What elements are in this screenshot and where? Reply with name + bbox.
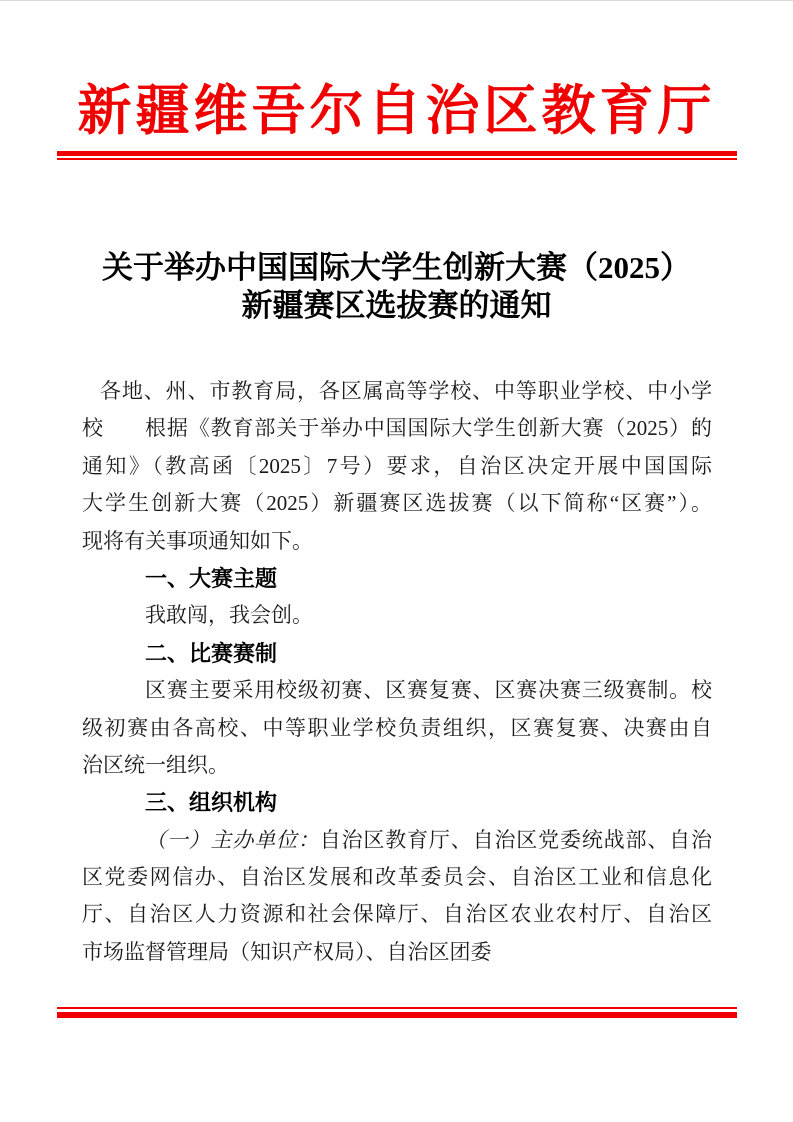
- letterhead-rule-thick: [57, 151, 737, 156]
- document-title-line2: 新疆赛区选拔赛的通知: [0, 287, 793, 325]
- body-line: 根据《教育部关于举办中国国际大学生创新大赛（2025）的: [82, 410, 712, 447]
- body-line: 治区统一组织。: [82, 747, 712, 784]
- body-line: 厅、自治区人力资源和社会保障厅、自治区农业农村厅、自治区: [82, 896, 712, 933]
- footer-rule-thin: [57, 1007, 737, 1009]
- body-line: 区赛主要采用校级初赛、区赛复赛、区赛决赛三级赛制。校: [82, 672, 712, 709]
- organizer-list-start: 自治区教育厅、自治区党委统战部、自治: [320, 828, 712, 852]
- letterhead-agency-title: 新疆维吾尔自治区教育厅: [0, 75, 793, 147]
- body-line: （一）主办单位：自治区教育厅、自治区党委统战部、自治: [82, 822, 712, 859]
- letterhead-rule-thin: [57, 158, 737, 160]
- salutation-line: 各地、州、市教育局，各区属高等学校、中等职业学校、中小学校：: [82, 373, 712, 410]
- body-line: 我敢闯，我会创。: [82, 597, 712, 634]
- document-title-line1: 关于举办中国国际大学生创新大赛（2025）: [0, 249, 793, 287]
- document-title: 关于举办中国国际大学生创新大赛（2025） 新疆赛区选拔赛的通知: [0, 249, 793, 325]
- body-line: 级初赛由各高校、中等职业学校负责组织，区赛复赛、决赛由自: [82, 710, 712, 747]
- body-line: 现将有关事项通知如下。: [82, 523, 712, 560]
- body-line: 区党委网信办、自治区发展和改革委员会、自治区工业和信息化: [82, 859, 712, 896]
- body-line: 通知》（教高函〔2025〕7号）要求，自治区决定开展中国国际: [82, 448, 712, 485]
- section-heading-2: 二、比赛赛制: [82, 635, 712, 672]
- body-line: 市场监督管理局（知识产权局）、自治区团委: [82, 934, 712, 971]
- footer-rule-thick: [57, 1012, 737, 1018]
- document-body: 各地、州、市教育局，各区属高等学校、中等职业学校、中小学校： 根据《教育部关于举…: [82, 373, 712, 971]
- section-heading-1: 一、大赛主题: [82, 560, 712, 597]
- document-page: 新疆维吾尔自治区教育厅 关于举办中国国际大学生创新大赛（2025） 新疆赛区选拔…: [0, 0, 793, 1122]
- body-line: 大学生创新大赛（2025）新疆赛区选拔赛（以下简称“区赛”）。: [82, 485, 712, 522]
- section-heading-3: 三、组织机构: [82, 784, 712, 821]
- organizer-label: （一）主办单位：: [145, 828, 320, 852]
